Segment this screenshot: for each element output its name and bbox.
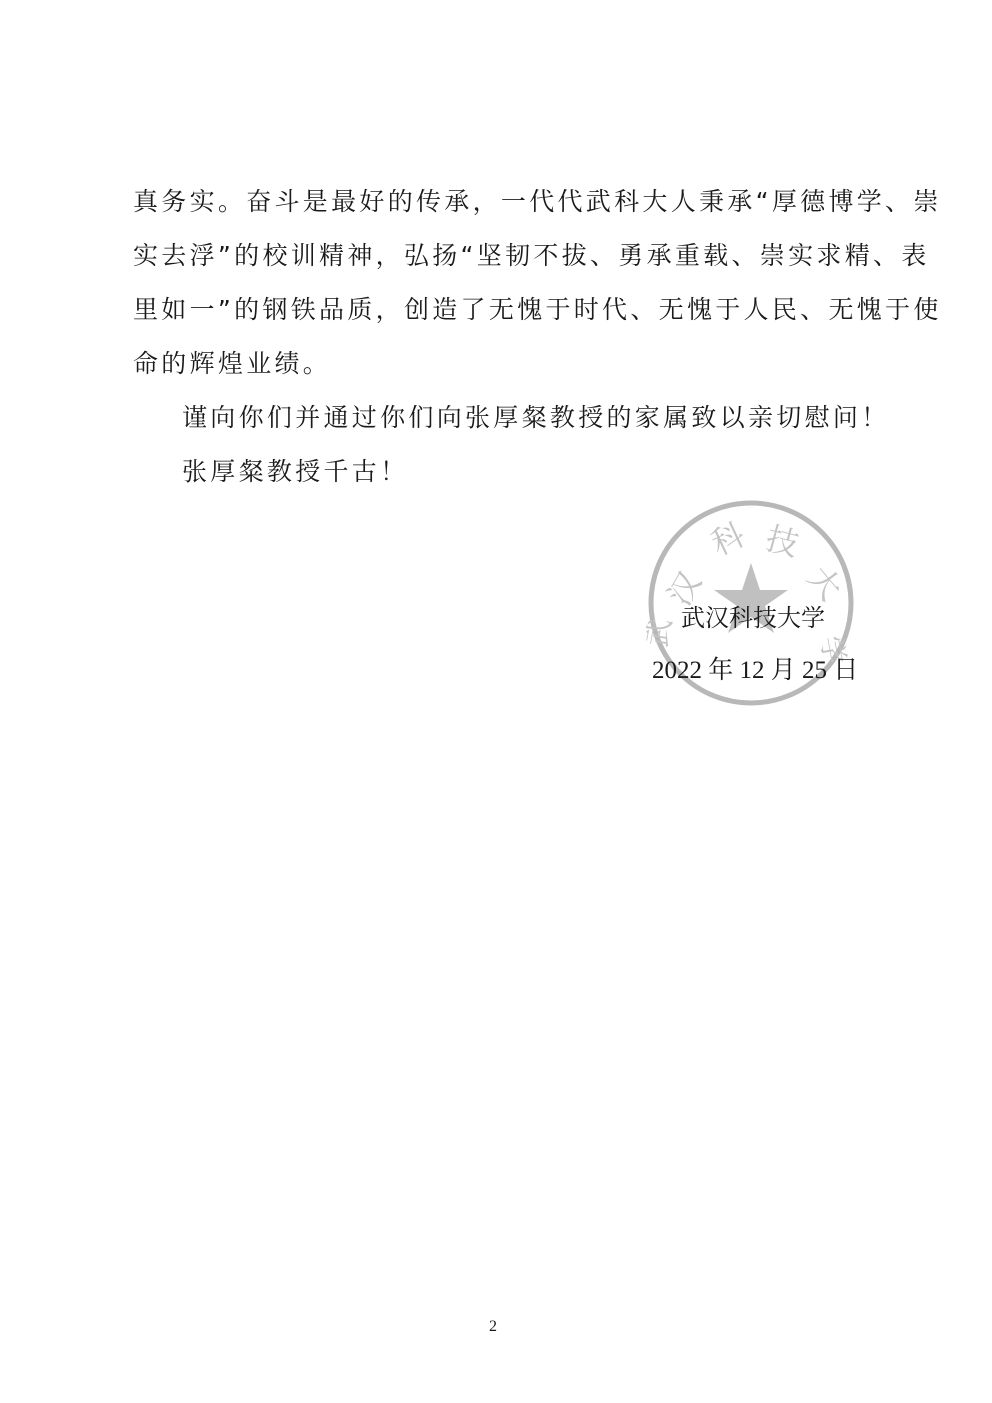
paragraph-line: 实去浮”的校训精神，弘扬“坚韧不拔、勇承重载、崇实求精、表 — [133, 241, 930, 271]
svg-text:科: 科 — [705, 515, 750, 563]
signature-organization: 武汉科技大学 — [681, 603, 825, 633]
svg-text:技: 技 — [762, 519, 803, 564]
condolence-paragraph: 谨向你们并通过你们向张厚粲教授的家属致以亲切慰问！ — [182, 403, 890, 433]
signature-date: 2022 年 12 月 25 日 — [652, 656, 858, 686]
paragraph-line: 命的辉煌业绩。 — [133, 349, 331, 379]
paragraph-line: 真务实。奋斗是最好的传承，一代代武科大人秉承“厚德博学、崇 — [133, 187, 942, 217]
svg-text:武: 武 — [646, 616, 678, 649]
farewell-paragraph: 张厚粲教授千古！ — [182, 457, 408, 487]
paragraph-line: 里如一”的钢铁品质，创造了无愧于时代、无愧于人民、无愧于使 — [133, 295, 942, 325]
page-number: 2 — [489, 1318, 497, 1336]
